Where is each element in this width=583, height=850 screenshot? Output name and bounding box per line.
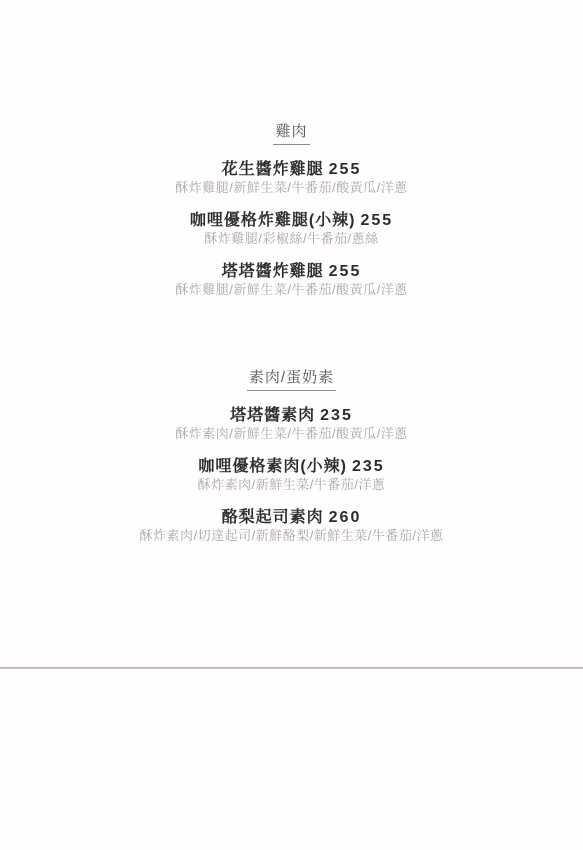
item-description: 酥炸素肉/新鮮生菜/牛番茄/洋蔥 (0, 476, 583, 493)
menu-section-chicken: 雞肉 花生醬炸雞腿255 酥炸雞腿/新鮮生菜/牛番茄/酸黃瓜/洋蔥 咖哩優格炸雞… (0, 123, 583, 298)
menu-item: 酪梨起司素肉260 酥炸素肉/切達起司/新鮮酪梨/新鮮生菜/牛番茄/洋蔥 (0, 508, 583, 544)
item-title: 塔塔醬素肉235 (0, 406, 583, 425)
item-name: 咖哩優格炸雞腿(小辣) (190, 212, 356, 229)
item-title: 塔塔醬炸雞腿255 (0, 262, 583, 281)
section-header-wrap: 雞肉 (0, 123, 583, 145)
item-name: 酪梨起司素肉 (222, 509, 324, 526)
item-name: 咖哩優格素肉(小辣) (198, 458, 347, 475)
item-description: 酥炸素肉/新鮮生菜/牛番茄/酸黃瓜/洋蔥 (0, 425, 583, 442)
menu-page: 雞肉 花生醬炸雞腿255 酥炸雞腿/新鮮生菜/牛番茄/酸黃瓜/洋蔥 咖哩優格炸雞… (0, 0, 583, 850)
menu-item: 塔塔醬炸雞腿255 酥炸雞腿/新鮮生菜/牛番茄/酸黃瓜/洋蔥 (0, 262, 583, 298)
menu-item: 咖哩優格素肉(小辣)235 酥炸素肉/新鮮生菜/牛番茄/洋蔥 (0, 457, 583, 493)
item-price: 255 (329, 161, 362, 178)
section-header-wrap: 素肉/蛋奶素 (0, 369, 583, 391)
menu-item: 咖哩優格炸雞腿(小辣)255 酥炸雞腿/彩椒絲/牛番茄/蔥絲 (0, 211, 583, 247)
item-price: 235 (320, 407, 353, 424)
item-title: 咖哩優格素肉(小辣)235 (0, 457, 583, 476)
item-name: 塔塔醬炸雞腿 (222, 263, 324, 280)
menu-item: 花生醬炸雞腿255 酥炸雞腿/新鮮生菜/牛番茄/酸黃瓜/洋蔥 (0, 160, 583, 196)
menu-section-vegetarian: 素肉/蛋奶素 塔塔醬素肉235 酥炸素肉/新鮮生菜/牛番茄/酸黃瓜/洋蔥 咖哩優… (0, 369, 583, 544)
item-title: 酪梨起司素肉260 (0, 508, 583, 527)
item-price: 255 (360, 212, 393, 229)
item-title: 咖哩優格炸雞腿(小辣)255 (0, 211, 583, 230)
item-price: 235 (352, 458, 385, 475)
section-title: 雞肉 (273, 123, 309, 145)
item-title: 花生醬炸雞腿255 (0, 160, 583, 179)
horizontal-divider (0, 667, 583, 669)
menu-item: 塔塔醬素肉235 酥炸素肉/新鮮生菜/牛番茄/酸黃瓜/洋蔥 (0, 406, 583, 442)
item-description: 酥炸雞腿/彩椒絲/牛番茄/蔥絲 (0, 230, 583, 247)
section-title: 素肉/蛋奶素 (247, 369, 336, 391)
item-name: 塔塔醬素肉 (230, 407, 315, 424)
item-price: 260 (329, 509, 362, 526)
item-name: 花生醬炸雞腿 (222, 161, 324, 178)
item-description: 酥炸素肉/切達起司/新鮮酪梨/新鮮生菜/牛番茄/洋蔥 (0, 527, 583, 544)
item-price: 255 (329, 263, 362, 280)
item-description: 酥炸雞腿/新鮮生菜/牛番茄/酸黃瓜/洋蔥 (0, 179, 583, 196)
item-description: 酥炸雞腿/新鮮生菜/牛番茄/酸黃瓜/洋蔥 (0, 281, 583, 298)
